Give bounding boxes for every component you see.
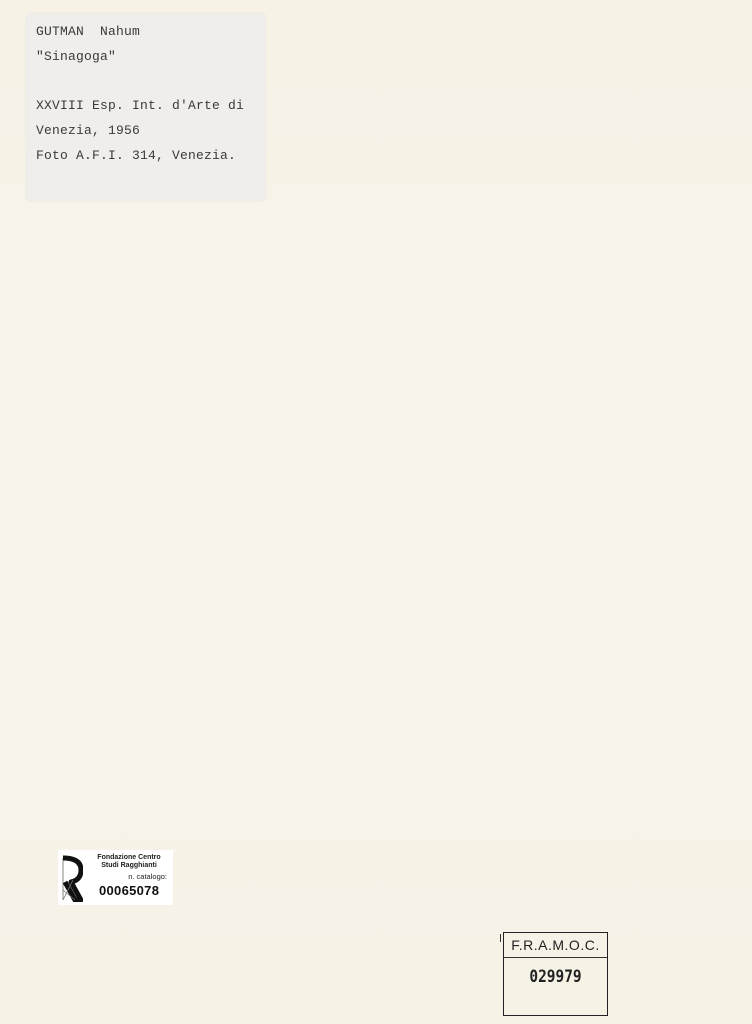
photo-credit: Foto A.F.I. 314, Venezia.: [36, 148, 236, 163]
ragghianti-r-logo-icon: [61, 854, 83, 902]
artist-name: GUTMAN Nahum: [36, 24, 140, 39]
artwork-title: "Sinagoga": [36, 49, 116, 64]
document-page: GUTMAN Nahum "Sinagoga" XXVIII Esp. Int.…: [0, 0, 752, 1024]
catalog-number: 00065078: [99, 883, 159, 898]
stamp-number: 029979: [512, 967, 600, 987]
stamp-tick-mark: [500, 934, 501, 942]
stamp-header: F.R.A.M.O.C.: [504, 933, 607, 958]
exhibition-line: XXVIII Esp. Int. d'Arte di: [36, 98, 244, 113]
framoc-stamp: F.R.A.M.O.C. 029979: [503, 932, 608, 1016]
org-line-2: Studi Ragghianti: [88, 862, 170, 870]
org-line-1: Fondazione Centro: [88, 854, 170, 862]
catalog-sticker: Fondazione Centro Studi Ragghianti n. ca…: [58, 850, 173, 905]
sticker-organization: Fondazione Centro Studi Ragghianti: [88, 854, 170, 870]
catalog-label: n. catalogo:: [128, 872, 167, 881]
typed-label-card: GUTMAN Nahum "Sinagoga" XXVIII Esp. Int.…: [26, 13, 266, 201]
exhibition-place-year: Venezia, 1956: [36, 123, 140, 138]
